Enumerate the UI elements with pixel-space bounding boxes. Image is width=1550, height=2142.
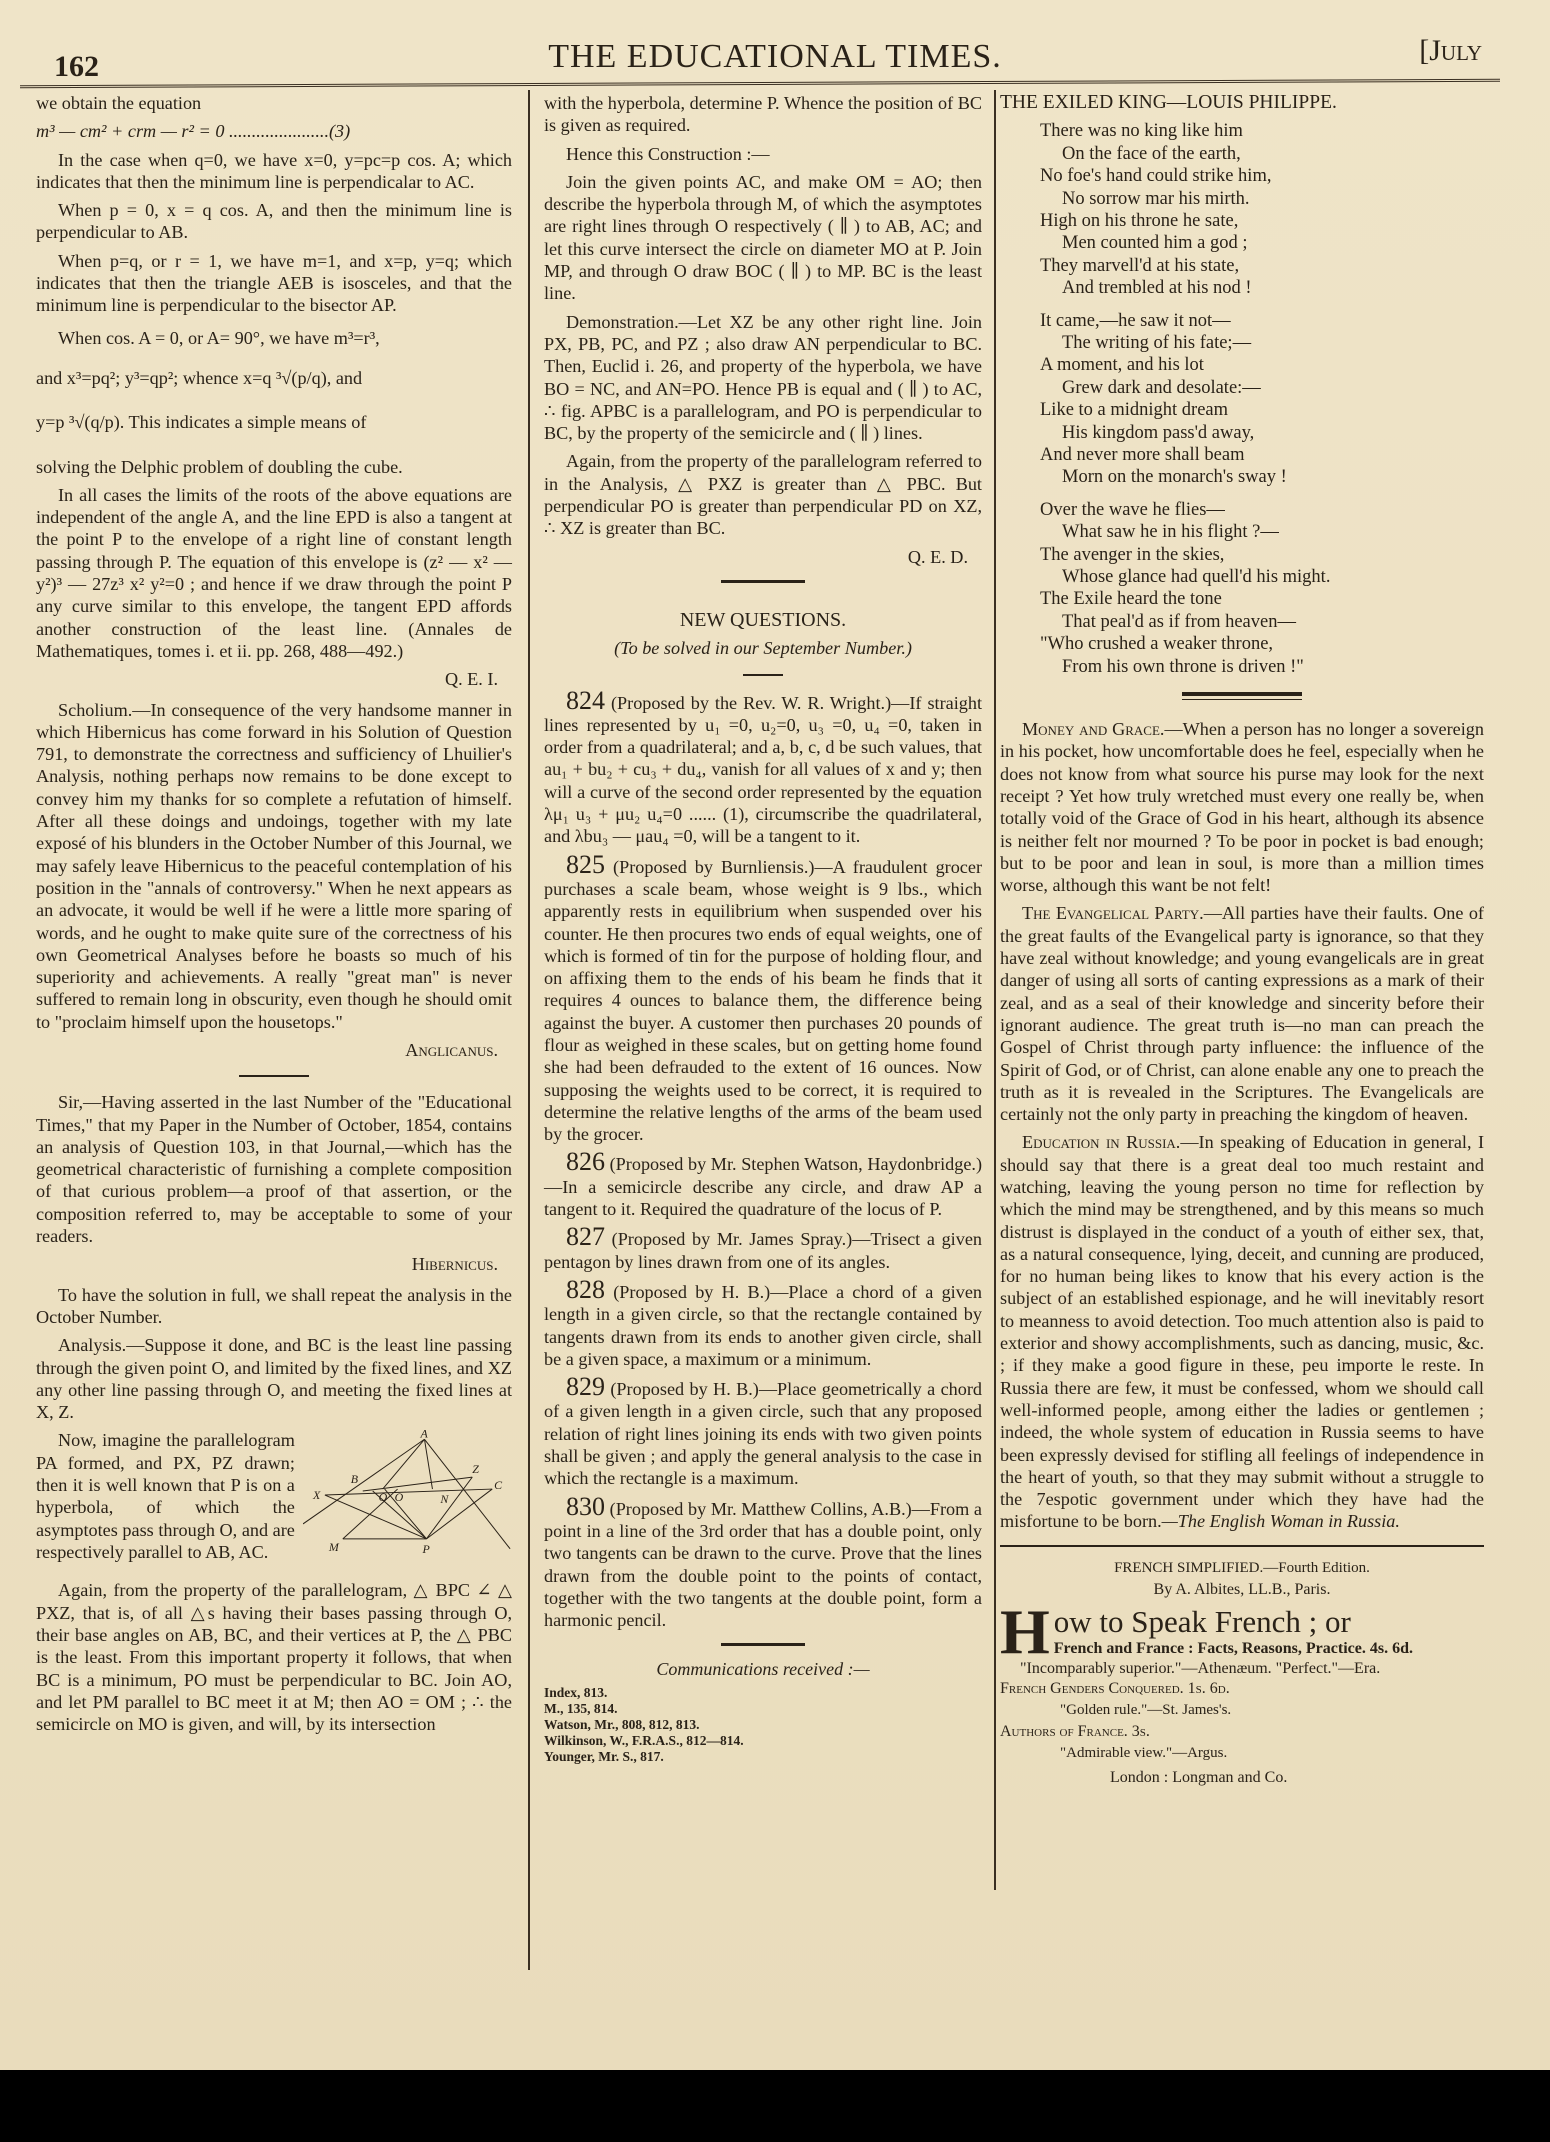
poem-line: It came,—he saw it not— — [1040, 310, 1484, 332]
poem-line: And trembled at his nod ! — [1040, 277, 1484, 299]
column-divider — [994, 90, 996, 1890]
qei-mark: Q. E. I. — [36, 668, 498, 690]
ad-subline: French and France : Facts, Reasons, Prac… — [1000, 1639, 1484, 1659]
poem-line: From his own throne is driven !" — [1040, 656, 1484, 678]
communication-item: Wilkinson, W., F.R.A.S., 812—814. — [544, 1733, 982, 1749]
poem-line: That peal'd as if from heaven— — [1040, 611, 1484, 633]
ad-author: By A. Albites, LL.B., Paris. — [1000, 1579, 1484, 1601]
section-rule — [721, 580, 805, 583]
poem-line: Morn on the monarch's sway ! — [1040, 466, 1484, 488]
poem-line: His kingdom pass'd away, — [1040, 422, 1484, 444]
section-rule — [1182, 692, 1302, 700]
poem-line: No sorrow mar his mirth. — [1040, 188, 1484, 210]
section-rule — [721, 1643, 805, 1646]
column-divider — [528, 90, 530, 1970]
paragraph: Hence this Construction :— — [544, 143, 982, 165]
construction-paragraph: Join the given points AC, and make OM = … — [544, 171, 982, 305]
paragraph: When p=q, or r = 1, we have m=1, and x=p… — [36, 250, 512, 317]
advertisement: FRENCH SIMPLIFIED.—Fourth Edition. By A.… — [1000, 1545, 1484, 1788]
question-828: 828 (Proposed by H. B.)—Place a chord of… — [544, 1279, 982, 1370]
communication-item: Younger, Mr. S., 817. — [544, 1749, 982, 1765]
poem-line: Over the wave he flies— — [1040, 499, 1484, 521]
column-middle: with the hyperbola, determine P. Whence … — [544, 92, 982, 1765]
communication-item: Watson, Mr., 808, 812, 813. — [544, 1717, 982, 1733]
paragraph: y=p ³√(q/p). This indicates a simple mea… — [36, 411, 512, 433]
money-and-grace-paragraph: Money and Grace.—When a person has no lo… — [1000, 718, 1484, 896]
poem-line: What saw he in his flight ?— — [1040, 521, 1484, 543]
masthead-rule — [20, 79, 1500, 88]
ad-title-block: H ow to Speak French ; or French and Fra… — [1000, 1605, 1484, 1659]
poem-line: And never more shall beam — [1040, 444, 1484, 466]
ad-item: Authors of France. 3s. — [1000, 1722, 1484, 1742]
paragraph: Again, from the property of the parallel… — [544, 450, 982, 539]
paragraph: When p = 0, x = q cos. A, and then the m… — [36, 199, 512, 244]
poem-line: They marvell'd at his state, — [1040, 255, 1484, 277]
poem-line: There was no king like him — [1040, 120, 1484, 142]
poem-line: Grew dark and desolate:— — [1040, 377, 1484, 399]
poem-line: The writing of his fate;— — [1040, 332, 1484, 354]
poem-line: Men counted him a god ; — [1040, 232, 1484, 254]
signature-anglicanus: Anglicanus. — [36, 1039, 498, 1061]
poem-line: Like to a midnight dream — [1040, 399, 1484, 421]
poem-line: On the face of the earth, — [1040, 143, 1484, 165]
communication-item: Index, 813. — [544, 1685, 982, 1701]
section-rule — [239, 1075, 309, 1077]
question-827: 827 (Proposed by Mr. James Spray.)—Trise… — [544, 1226, 982, 1273]
poem-line: The Exile heard the tone — [1040, 588, 1484, 610]
ad-heading: FRENCH SIMPLIFIED.—Fourth Edition. — [1000, 1557, 1484, 1579]
svg-text:A: A — [419, 1429, 428, 1440]
poem-line: High on his throne he sate, — [1040, 210, 1484, 232]
new-questions-heading: NEW QUESTIONS. — [544, 609, 982, 631]
poem-stanza: Over the wave he flies— What saw he in h… — [1040, 499, 1484, 678]
column-left: we obtain the equation m³ — cm² + crm — … — [36, 92, 512, 1742]
paragraph: In all cases the limits of the roots of … — [36, 484, 512, 662]
paragraph: solving the Delphic problem of doubling … — [36, 456, 512, 478]
poem-line: A moment, and his lot — [1040, 354, 1484, 376]
qed-mark: Q. E. D. — [544, 546, 968, 568]
section-rule — [743, 674, 783, 676]
paragraph: with the hyperbola, determine P. Whence … — [544, 92, 982, 137]
svg-text:N: N — [439, 1492, 449, 1506]
column-right: THE EXILED KING—LOUIS PHILIPPE. There wa… — [1000, 92, 1484, 1788]
paragraph: Analysis.—Suppose it done, and BC is the… — [36, 1334, 512, 1423]
poem: There was no king like him On the face o… — [1000, 120, 1484, 678]
svg-text:B: B — [351, 1473, 359, 1487]
signature-hibernicus: Hibernicus. — [36, 1253, 498, 1275]
paragraph: In the case when q=0, we have x=0, y=pc=… — [36, 149, 512, 194]
svg-text:C: C — [494, 1479, 503, 1493]
svg-text:O: O — [379, 1490, 388, 1504]
poem-line: The avenger in the skies, — [1040, 544, 1484, 566]
ad-quote: "Admirable view."—Argus. — [1000, 1742, 1484, 1764]
ad-quote: "Golden rule."—St. James's. — [1000, 1699, 1484, 1721]
poem-line: "Who crushed a weaker throne, — [1040, 633, 1484, 655]
paragraph: Now, imagine the parallelogram PA formed… — [36, 1429, 295, 1573]
paragraph: and x³=pq²; y³=qp²; whence x=q ³√(p/q), … — [36, 367, 512, 389]
scholium-paragraph: Scholium.—In consequence of the very han… — [36, 699, 512, 1033]
equation-3: m³ — cm² + crm — r² = 0 ................… — [36, 120, 512, 142]
svg-text:Z: Z — [472, 1463, 479, 1477]
poem-stanza: It came,—he saw it not— The writing of h… — [1040, 310, 1484, 489]
newspaper-page: 162 THE EDUCATIONAL TIMES. [July we obta… — [0, 0, 1550, 2070]
communication-item: M., 135, 814. — [544, 1701, 982, 1717]
new-questions-subheading: (To be solved in our September Number.) — [544, 637, 982, 659]
ad-quote: "Incomparably superior."—Athenæum. "Perf… — [1000, 1659, 1484, 1679]
geometry-diagram: AZB CXO ONM P — [303, 1429, 512, 1579]
svg-text:X: X — [312, 1488, 321, 1502]
issue-month: [July — [1419, 34, 1482, 68]
poem-stanza: There was no king like him On the face o… — [1040, 120, 1484, 299]
education-in-russia-paragraph: Education in Russia.—In speaking of Educ… — [1000, 1131, 1484, 1532]
communications-heading: Communications received :— — [544, 1658, 982, 1680]
svg-text:M: M — [328, 1540, 340, 1554]
demonstration-paragraph: Demonstration.—Let XZ be any other right… — [544, 311, 982, 445]
ad-item: French Genders Conquered. 1s. 6d. — [1000, 1679, 1484, 1699]
paragraph: When cos. A = 0, or A= 90°, we have m³=r… — [36, 327, 512, 349]
question-826: 826 (Proposed by Mr. Stephen Watson, Hay… — [544, 1151, 982, 1220]
poem-line: No foe's hand could strike him, — [1040, 165, 1484, 187]
newspaper-title: THE EDUCATIONAL TIMES. — [0, 38, 1550, 76]
paragraph: Again, from the property of the parallel… — [36, 1579, 512, 1735]
evangelical-party-paragraph: The Evangelical Party.—All parties have … — [1000, 902, 1484, 1125]
communications-list: Index, 813. M., 135, 814. Watson, Mr., 8… — [544, 1685, 982, 1765]
svg-text:O: O — [395, 1490, 404, 1504]
question-825: 825 (Proposed by Burnliensis.)—A fraudul… — [544, 854, 982, 1146]
drop-cap: H — [1000, 1605, 1050, 1659]
question-824: 824 (Proposed by the Rev. W. R. Wright.)… — [544, 690, 982, 848]
paragraph: we obtain the equation — [36, 92, 512, 114]
figure-block: Now, imagine the parallelogram PA formed… — [36, 1429, 512, 1579]
scan-background — [0, 2070, 1550, 2142]
svg-text:P: P — [421, 1542, 429, 1556]
ad-publisher: London : Longman and Co. — [1000, 1768, 1484, 1788]
question-830: 830 (Proposed by Mr. Matthew Collins, A.… — [544, 1496, 982, 1632]
question-829: 829 (Proposed by H. B.)—Place geometrica… — [544, 1376, 982, 1489]
poem-title: THE EXILED KING—LOUIS PHILIPPE. — [1000, 92, 1484, 114]
paragraph: To have the solution in full, we shall r… — [36, 1284, 512, 1329]
letter-paragraph: Sir,—Having asserted in the last Number … — [36, 1091, 512, 1247]
ad-headline: ow to Speak French ; or — [1000, 1605, 1484, 1639]
poem-line: Whose glance had quell'd his might. — [1040, 566, 1484, 588]
masthead: 162 THE EDUCATIONAL TIMES. [July — [0, 0, 1550, 88]
